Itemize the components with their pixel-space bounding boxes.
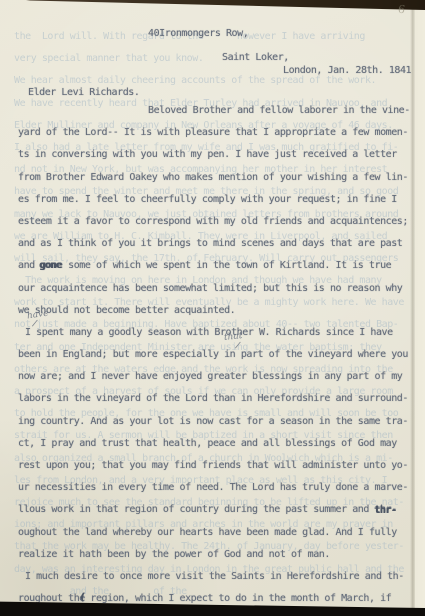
overstrike-gone: gone — [39, 255, 61, 277]
typed-line: from Brother Edward Oakey who makes ment… — [18, 167, 422, 189]
typed-line: and gone some of which we spent in the t… — [18, 255, 422, 277]
typed-line: been in England; but more especially in … — [18, 344, 422, 366]
typed-line: llous work in that region of country dur… — [18, 499, 422, 521]
typed-line: ur necessities in every time of need. Th… — [18, 477, 422, 499]
typed-line: I much desire to once more visit the Sai… — [18, 566, 422, 588]
page-edge-crease — [410, 0, 415, 616]
salutation: Elder Levi Richards. — [28, 87, 139, 98]
typed-line: ing country. And as your lot is now cast… — [18, 411, 422, 433]
typed-line: labors in the vineyard of the Lord than … — [18, 388, 422, 410]
pencil-page-marker: 6 — [397, 3, 406, 17]
typed-line: ts in conversing with you with my pen. I… — [18, 144, 422, 166]
dateline: London, Jan. 28th. 1841 — [283, 65, 411, 76]
letter-photograph: the Lord will. With regard to the howeve… — [0, 0, 425, 616]
typed-line: now are; and I never have enjoyed greate… — [18, 366, 422, 388]
typed-line: es from me. I feel to cheerfully comply … — [18, 189, 422, 211]
address-line-1: 40Ironmongers Row, — [148, 28, 248, 39]
typed-line: our acquaintence has been somewhat limit… — [18, 278, 422, 300]
adjacent-page-edge — [415, 0, 425, 616]
letter-body: Beloved Brother and fellow laborer in th… — [18, 100, 422, 610]
typed-line: Beloved Brother and fellow laborer in th… — [18, 100, 422, 122]
typed-line: esteem it a favor to correspond with my … — [18, 211, 422, 233]
typed-line: and as I think of you it brings to mind … — [18, 233, 422, 255]
top-edge-shadow — [0, 0, 425, 10]
typed-line: I spent many a goodly season with Brothe… — [18, 322, 422, 344]
typed-line: ct, I pray and trust that health, peace … — [18, 433, 422, 455]
typed-line: yard of the Lord-- It is with pleasure t… — [18, 122, 422, 144]
typed-line: we should not become better acquainted. — [18, 300, 422, 322]
address-line-2: Saint Loker, — [222, 52, 289, 63]
typed-line: oughout the land whereby our hearts have… — [18, 522, 422, 544]
overstrike-thr: thr- — [374, 500, 396, 522]
typed-line: rest upon you; that you may find friends… — [18, 455, 422, 477]
typed-line: realize it hath been by the power of God… — [18, 544, 422, 566]
